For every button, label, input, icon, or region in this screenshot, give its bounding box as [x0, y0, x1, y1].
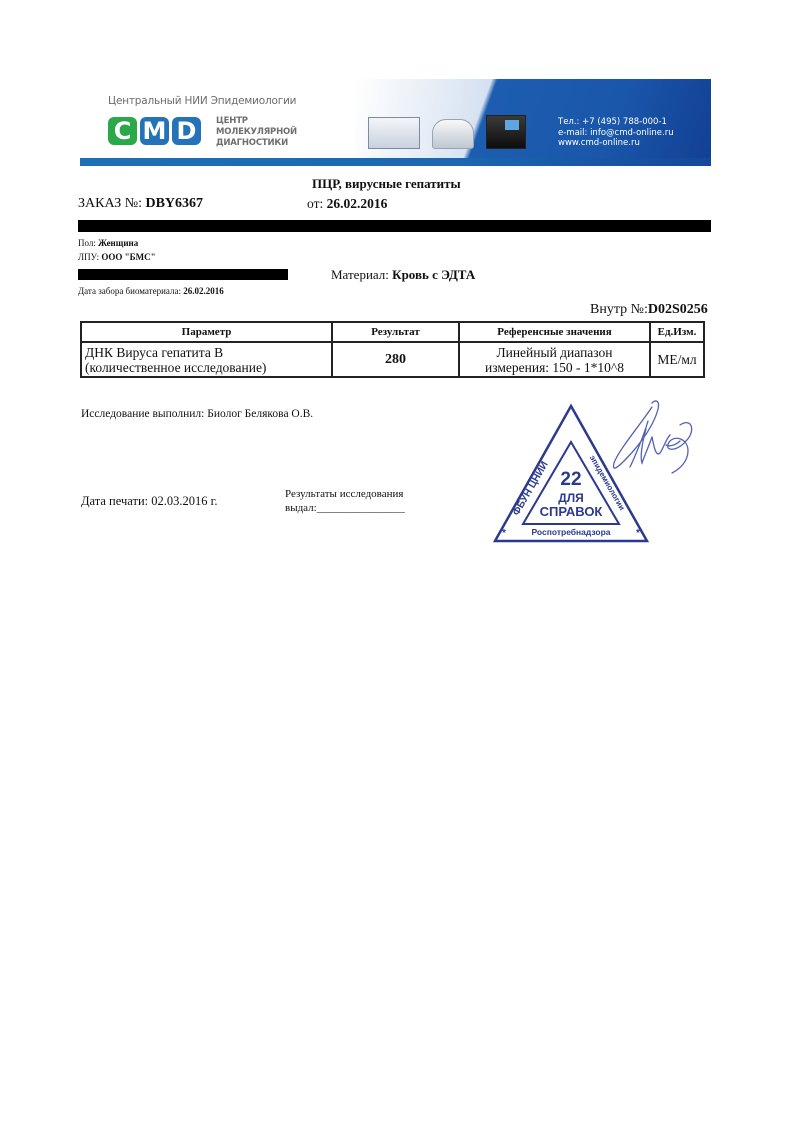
logo-letter-c: C	[108, 117, 137, 145]
reference-line: Линейный диапазон	[463, 345, 646, 360]
lpu: ЛПУ: ООО "БМС"	[78, 252, 156, 262]
results-table: Параметр Результат Референсные значения …	[80, 321, 705, 378]
issued-line: выдал:________________	[285, 501, 405, 515]
header-unit: Ед.Изм.	[650, 322, 704, 342]
contacts: Тел.: +7 (495) 788-000-1 e-mail: info@cm…	[558, 117, 674, 149]
cmd-logo: C M D	[108, 117, 201, 145]
performed-by: Исследование выполнил: Биолог Белякова О…	[81, 408, 313, 420]
table-row: ДНК Вируса гепатита В (количественное ис…	[81, 342, 704, 377]
issued-line: Результаты исследования	[285, 487, 405, 501]
logo-subtitle-line: диагностики	[216, 138, 297, 149]
lpu-value: ООО "БМС"	[101, 252, 155, 262]
cell-reference: Линейный диапазон измерения: 150 - 1*10^…	[459, 342, 650, 377]
logo-letter-m: M	[140, 117, 169, 145]
logo-subtitle: центр молекулярной диагностики	[216, 116, 297, 149]
stamp-number: 22	[560, 469, 581, 490]
organization-name: Центральный НИИ Эпидемиологии	[108, 95, 296, 107]
issued-by: Результаты исследования выдал:__________…	[285, 487, 405, 515]
print-date: Дата печати: 02.03.2016 г.	[81, 494, 217, 509]
order-value: DBY6367	[145, 196, 203, 211]
stamp-bottom-text: Роспотребнадзора	[531, 527, 610, 537]
material: Материал: Кровь с ЭДТА	[331, 267, 475, 283]
sampling-value: 26.02.2016	[183, 286, 224, 296]
contact-phone: Тел.: +7 (495) 788-000-1	[558, 117, 674, 128]
header-reference: Референсные значения	[459, 322, 650, 342]
order-date: от: 26.02.2016	[307, 196, 387, 212]
lpu-label: ЛПУ:	[78, 252, 101, 262]
date-value: 26.02.2016	[327, 196, 388, 211]
banner-stripe	[80, 158, 711, 166]
signature-icon	[600, 395, 710, 480]
parameter-line: ДНК Вируса гепатита В	[85, 345, 328, 360]
order-label: ЗАКАЗ №:	[78, 196, 145, 211]
stamp-line2: СПРАВОК	[540, 504, 603, 519]
stamp-line1: ДЛЯ	[558, 491, 584, 505]
date-label: от:	[307, 196, 327, 211]
order-number: ЗАКАЗ №: DBY6367	[78, 196, 203, 212]
internal-label: Внутр №:	[590, 302, 648, 317]
lab-equipment-image	[368, 115, 526, 149]
sampling-label: Дата забора биоматериала:	[78, 286, 183, 296]
cell-parameter: ДНК Вируса гепатита В (количественное ис…	[81, 342, 332, 377]
redacted-field	[78, 269, 288, 280]
contact-web: www.cmd-online.ru	[558, 138, 674, 149]
logo-subtitle-line: молекулярной	[216, 127, 297, 138]
lab-device-icon	[368, 117, 420, 149]
svg-text:*: *	[502, 528, 506, 539]
material-value: Кровь с ЭДТА	[392, 267, 475, 282]
logo-letter-d: D	[172, 117, 201, 145]
sampling-date: Дата забора биоматериала: 26.02.2016	[78, 286, 224, 296]
table-header-row: Параметр Результат Референсные значения …	[81, 322, 704, 342]
material-label: Материал:	[331, 267, 392, 282]
svg-text:*: *	[636, 528, 640, 539]
sex-label: Пол:	[78, 238, 98, 248]
cell-result: 280	[332, 342, 459, 377]
redacted-patient-info	[78, 220, 711, 232]
header-banner: Центральный НИИ Эпидемиологии C M D цент…	[80, 79, 711, 166]
patient-sex: Пол: Женщина	[78, 238, 138, 248]
logo-subtitle-line: центр	[216, 116, 297, 127]
header-result: Результат	[332, 322, 459, 342]
internal-number: Внутр №:D02S0256	[590, 302, 708, 318]
header-parameter: Параметр	[81, 322, 332, 342]
parameter-line: (количественное исследование)	[85, 360, 328, 375]
document-title: ПЦР, вирусные гепатиты	[312, 176, 461, 192]
lab-device-icon	[432, 119, 474, 149]
contact-email: e-mail: info@cmd-online.ru	[558, 128, 674, 139]
reference-line: измерения: 150 - 1*10^8	[463, 360, 646, 375]
internal-value: D02S0256	[648, 302, 708, 317]
cell-unit: МЕ/мл	[650, 342, 704, 377]
sex-value: Женщина	[98, 238, 138, 248]
lab-device-icon	[486, 115, 526, 149]
